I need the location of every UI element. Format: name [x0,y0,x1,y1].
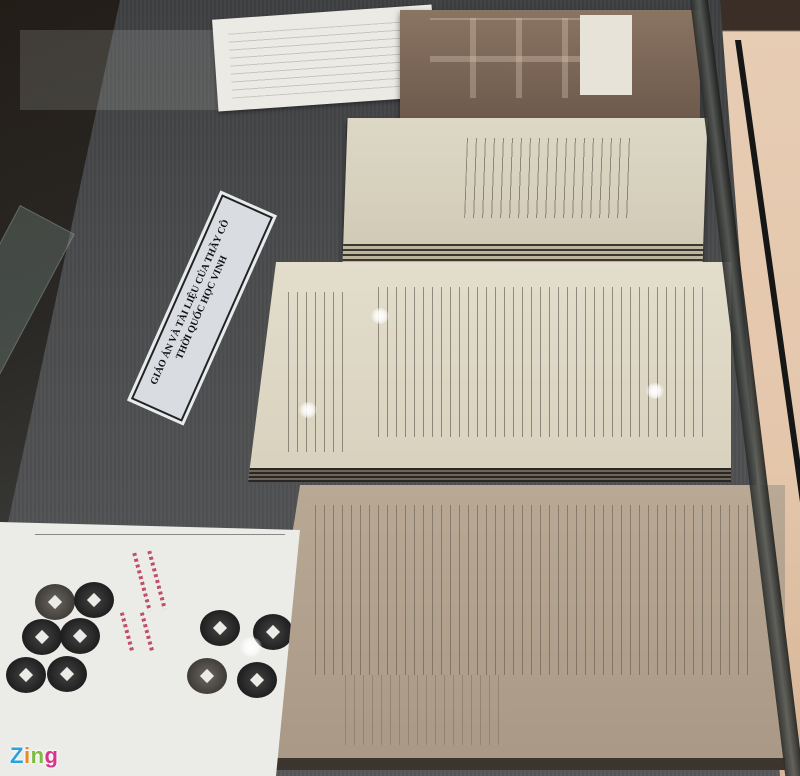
light-glare [299,402,317,418]
coin [6,657,46,693]
zing-watermark-logo: Zing [10,743,58,769]
open-lesson-plan [248,262,731,482]
aged-manuscript [255,485,785,770]
coin [237,662,277,698]
light-glare [240,637,262,657]
coin [200,610,240,646]
coin [60,618,100,654]
paper-slip [580,15,632,95]
light-glare [371,308,389,324]
coin [35,584,75,620]
coin [74,582,114,618]
light-glare [646,383,664,399]
exhibit-label: GIÁO ÁN VÀ TÀI LIỆU CỦA THẦY CÔ THỜI QUỐ… [126,200,261,415]
coin [22,619,62,655]
coin [47,656,87,692]
notebook-top [400,10,700,118]
coin [187,658,227,694]
notebook-stack [342,118,707,268]
label-line-2: THỜI QUỐC HỌC VINH [151,205,252,411]
glass-reflection [20,30,230,110]
